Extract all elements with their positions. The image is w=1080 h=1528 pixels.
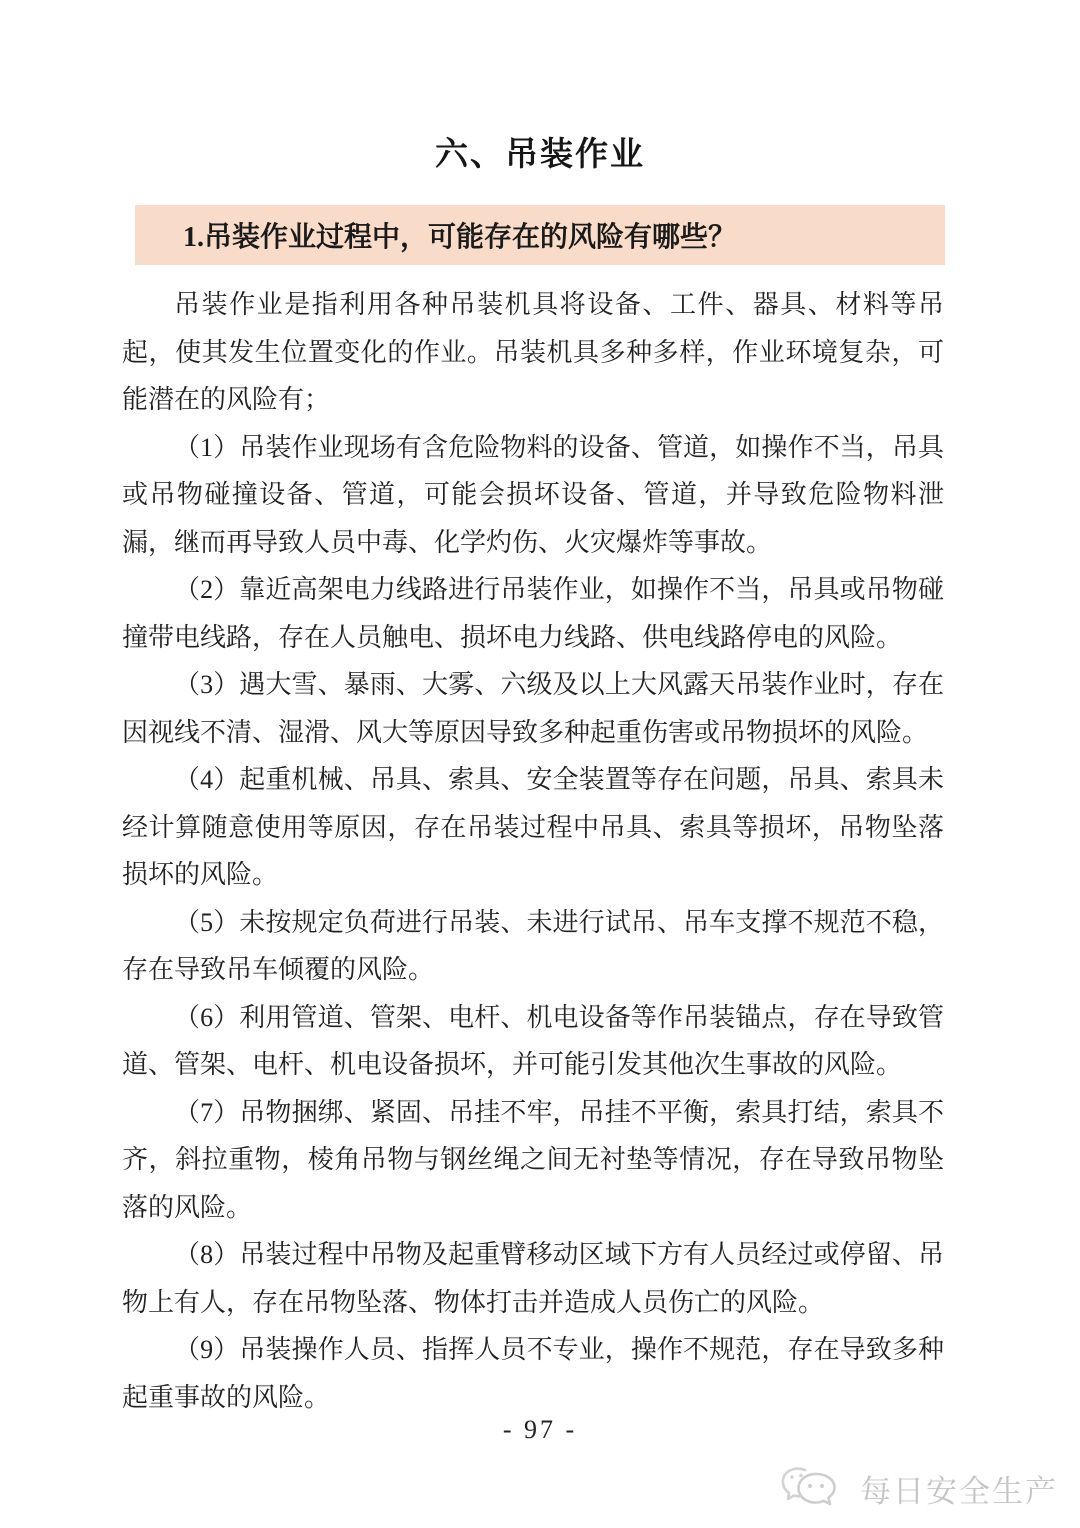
risk-item-3: （3）遇大雪、暴雨、大雾、六级及以上大风露天吊装作业时，存在因视线不清、湿滑、风… (122, 661, 944, 756)
intro-paragraph: 吊装作业是指利用各种吊装机具将设备、工件、器具、材料等吊起，使其发生位置变化的作… (122, 281, 944, 424)
document-page: 六、吊装作业 1.吊装作业过程中，可能存在的风险有哪些？ 吊装作业是指利用各种吊… (0, 0, 1080, 1528)
page-title: 六、吊装作业 (0, 128, 1080, 175)
watermark: 每日安全生产 (778, 1462, 1058, 1514)
section-header-bar: 1.吊装作业过程中，可能存在的风险有哪些？ (135, 205, 945, 265)
section-header-text: 1.吊装作业过程中，可能存在的风险有哪些？ (183, 215, 736, 255)
risk-item-4: （4）起重机械、吊具、索具、安全装置等存在问题，吊具、索具未经计算随意使用等原因… (122, 756, 944, 899)
watermark-text: 每日安全生产 (860, 1466, 1058, 1511)
risk-item-1: （1）吊装作业现场有含危险物料的设备、管道，如操作不当，吊具或吊物碰撞设备、管道… (122, 424, 944, 567)
page-number: - 97 - (0, 1415, 1080, 1445)
risk-item-6: （6）利用管道、管架、电杆、机电设备等作吊装锚点，存在导致管道、管架、电杆、机电… (122, 994, 944, 1089)
wechat-icon (778, 1462, 852, 1514)
body-text: 吊装作业是指利用各种吊装机具将设备、工件、器具、材料等吊起，使其发生位置变化的作… (122, 281, 944, 1421)
risk-item-9: （9）吊装操作人员、指挥人员不专业，操作不规范，存在导致多种起重事故的风险。 (122, 1326, 944, 1421)
risk-item-8: （8）吊装过程中吊物及起重臂移动区域下方有人员经过或停留、吊物上有人，存在吊物坠… (122, 1231, 944, 1326)
risk-item-5: （5）未按规定负荷进行吊装、未进行试吊、吊车支撑不规范不稳，存在导致吊车倾覆的风… (122, 899, 944, 994)
risk-item-2: （2）靠近高架电力线路进行吊装作业，如操作不当，吊具或吊物碰撞带电线路，存在人员… (122, 566, 944, 661)
risk-item-7: （7）吊物捆绑、紧固、吊挂不牢，吊挂不平衡，索具打结，索具不齐，斜拉重物，棱角吊… (122, 1089, 944, 1232)
